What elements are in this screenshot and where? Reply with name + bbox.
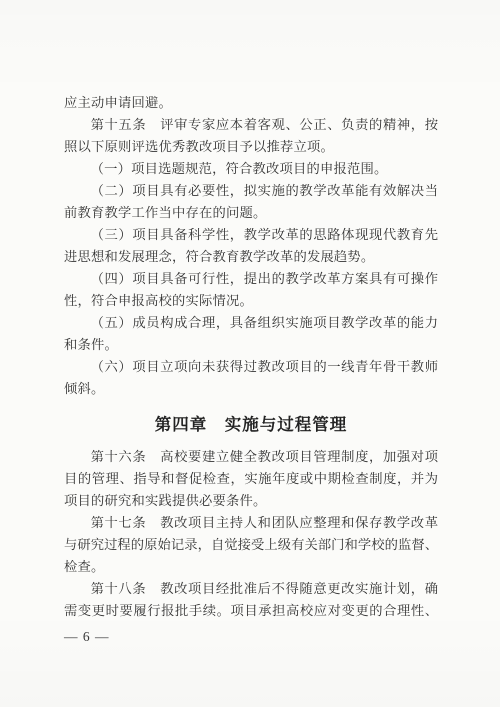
text-line: 前教育教学工作当中存在的问题。 xyxy=(64,202,438,224)
text-line: 项目的研究和实践提供必要条件。 xyxy=(64,490,438,512)
text-line: 照以下原则评选优秀教改项目予以推荐立项。 xyxy=(64,136,438,158)
text-line: 第十七条 教改项目主持人和团队应整理和保存教学改革 xyxy=(64,512,438,534)
text-line: 第十五条 评审专家应本着客观、公正、负责的精神，按 xyxy=(64,114,438,136)
text-line: 检查。 xyxy=(64,556,438,578)
text-line: （二）项目具有必要性，拟实施的教学改革能有效解决当 xyxy=(64,180,438,202)
section-intro: 应主动申请回避。第十五条 评审专家应本着客观、公正、负责的精神，按照以下原则评选… xyxy=(64,92,438,400)
section-body: 第十六条 高校要建立健全教改项目管理制度，加强对项目的管理、指导和督促检查，实施… xyxy=(64,446,438,622)
document-page: 应主动申请回避。第十五条 评审专家应本着客观、公正、负责的精神，按照以下原则评选… xyxy=(0,0,500,707)
text-line: 需变更时要履行报批手续。项目承担高校应对变更的合理性、 xyxy=(64,600,438,622)
text-line: （四）项目具备可行性，提出的教学改革方案具有可操作 xyxy=(64,268,438,290)
text-line: 和条件。 xyxy=(64,334,438,356)
text-line: 目的管理、指导和督促检查，实施年度或中期检查制度，并为 xyxy=(64,468,438,490)
text-line: 性，符合申报高校的实际情况。 xyxy=(64,290,438,312)
text-line: 与研究过程的原始记录，自觉接受上级有关部门和学校的监督、 xyxy=(64,534,438,556)
document-text-block: 应主动申请回避。第十五条 评审专家应本着客观、公正、负责的精神，按照以下原则评选… xyxy=(64,92,438,648)
text-line: （三）项目具备科学性，教学改革的思路体现现代教育先 xyxy=(64,224,438,246)
text-line: 第十八条 教改项目经批准后不得随意更改实施计划，确 xyxy=(64,578,438,600)
text-line: （五）成员构成合理，具备组织实施项目教学改革的能力 xyxy=(64,312,438,334)
text-line: （一）项目选题规范，符合教改项目的申报范围。 xyxy=(64,158,438,180)
chapter-heading: 第四章 实施与过程管理 xyxy=(64,412,438,438)
page-number: — 6 — xyxy=(64,626,438,648)
text-line: 进思想和发展理念，符合教育教学改革的发展趋势。 xyxy=(64,246,438,268)
text-line: 应主动申请回避。 xyxy=(64,92,438,114)
text-line: （六）项目立项向未获得过教改项目的一线青年骨干教师 xyxy=(64,356,438,378)
text-line: 第十六条 高校要建立健全教改项目管理制度，加强对项 xyxy=(64,446,438,468)
text-line: 倾斜。 xyxy=(64,378,438,400)
